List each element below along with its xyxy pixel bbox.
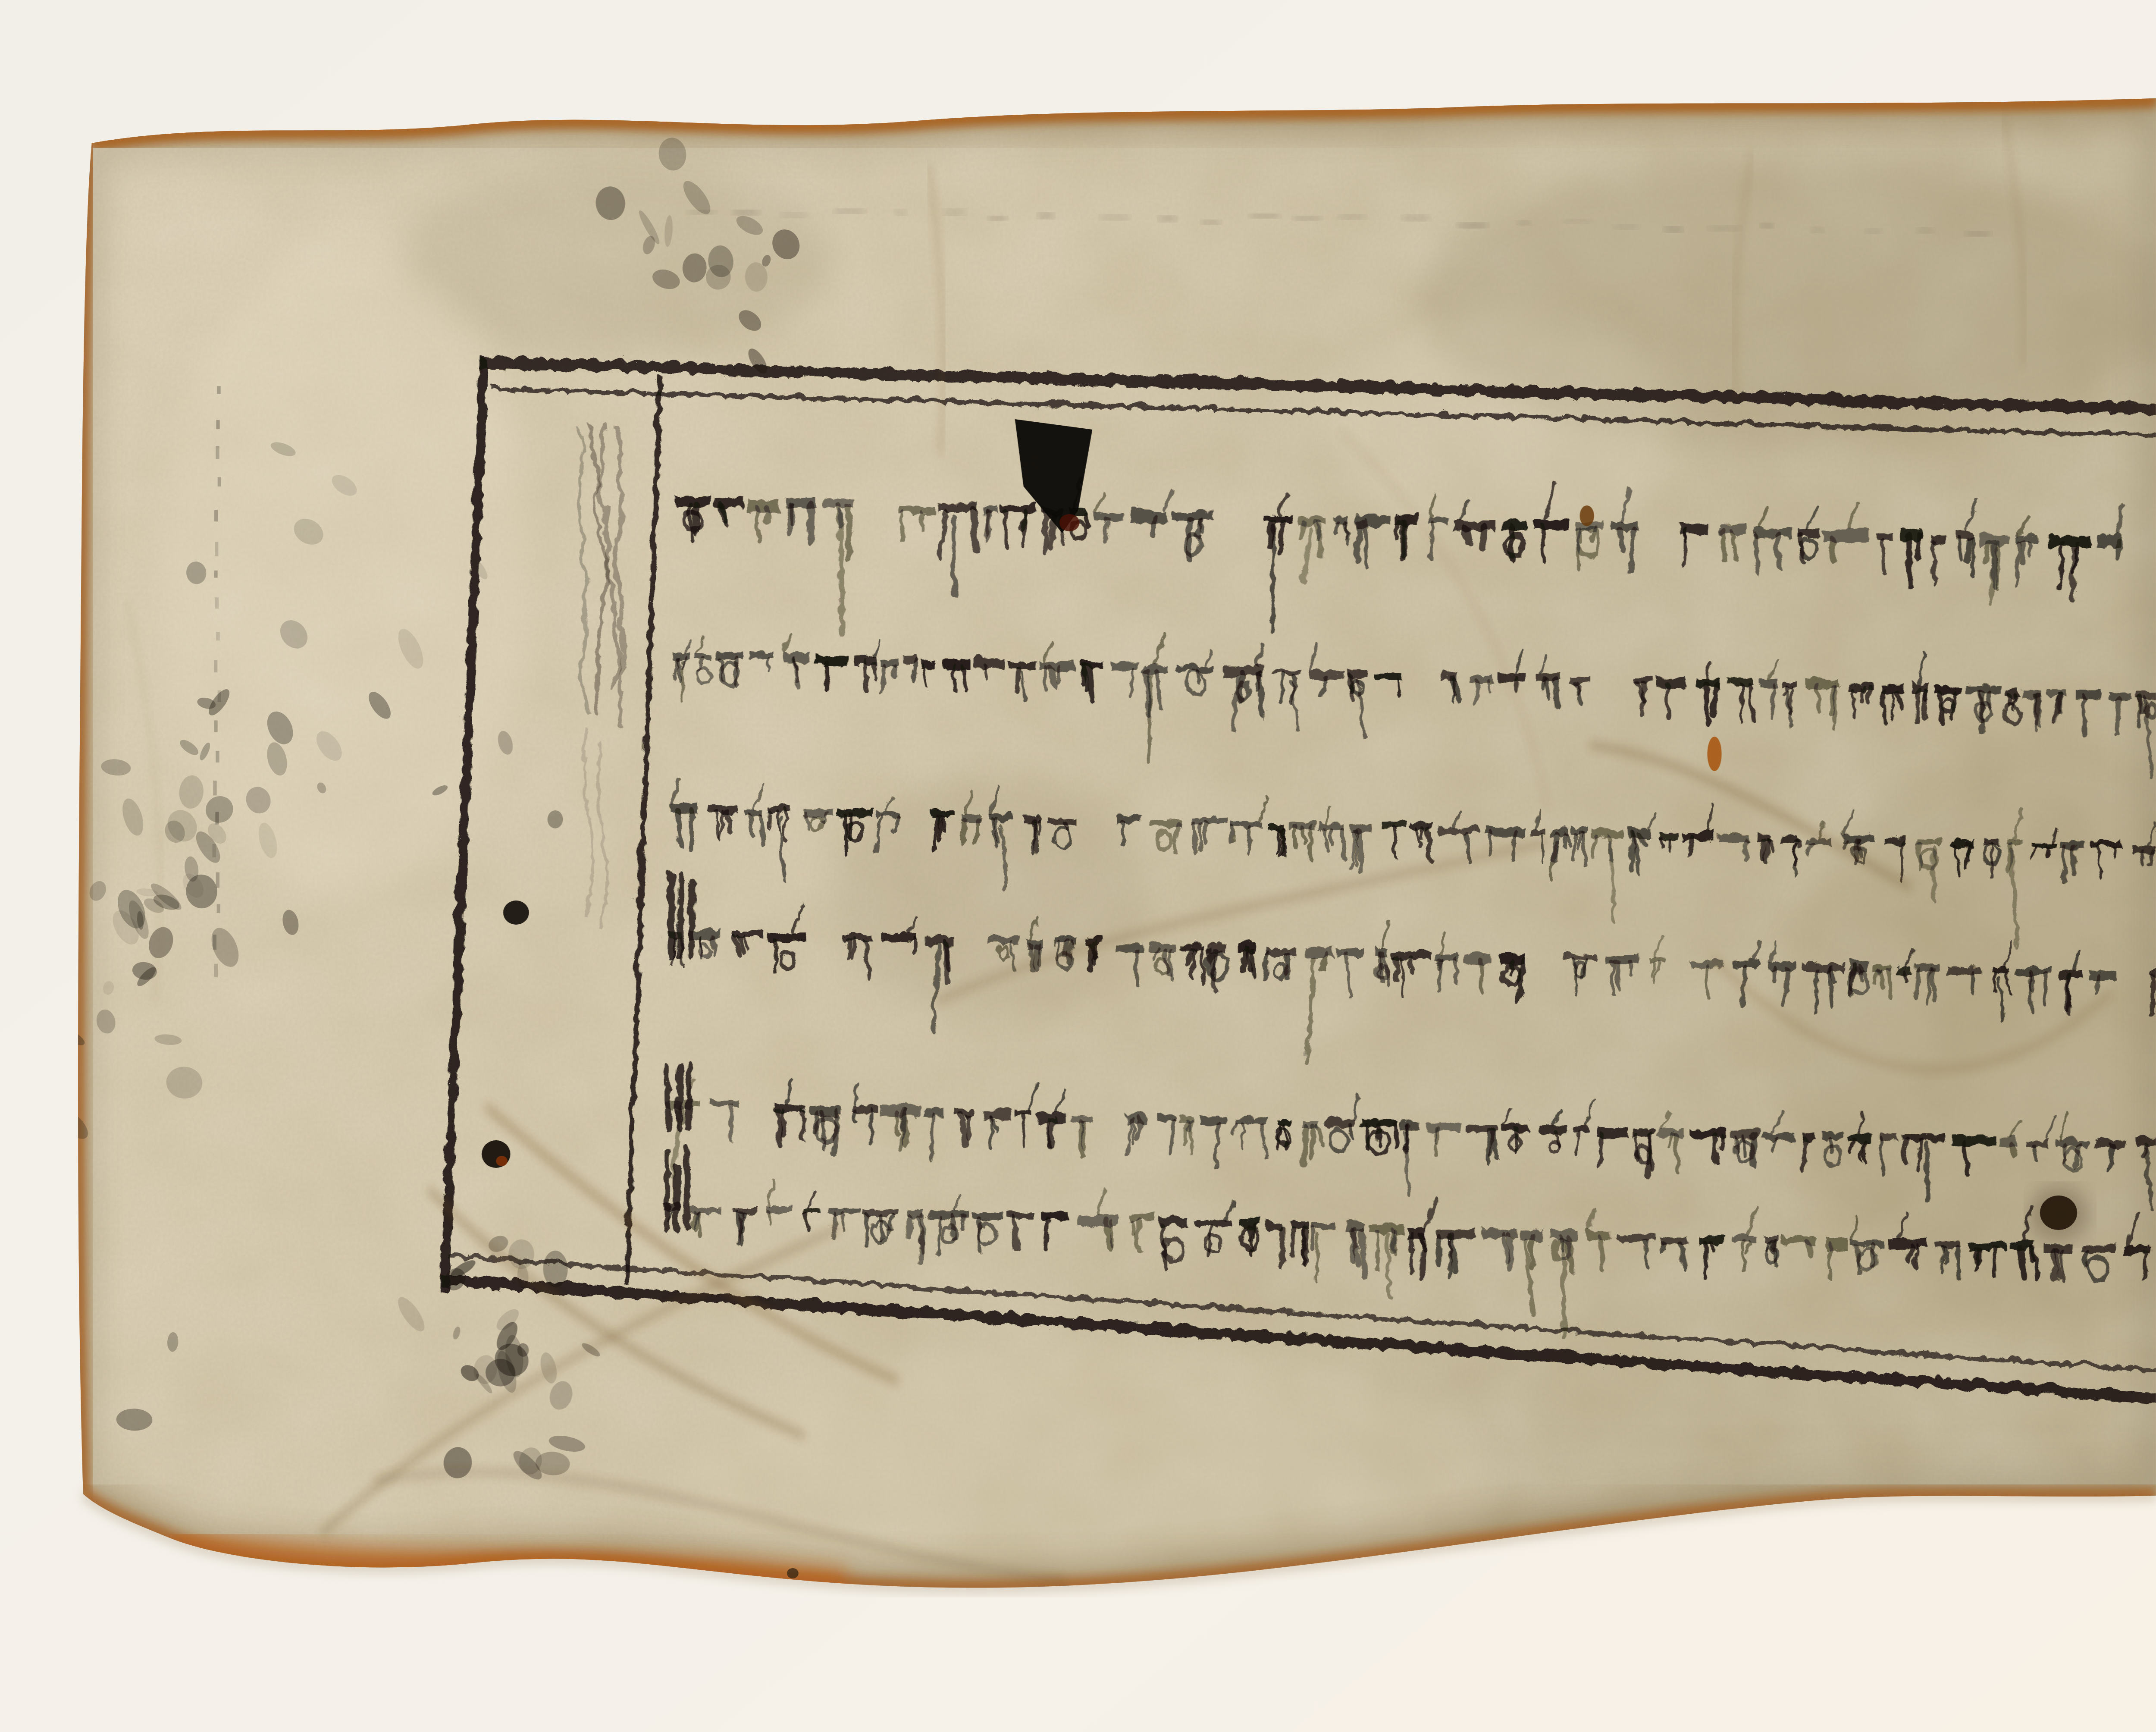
resin-chip [1707, 737, 1721, 771]
lead-tall-glyph [686, 1065, 689, 1125]
ink-blot-top-maroon [1059, 514, 1080, 531]
glyph-cluster [1764, 1234, 1776, 1263]
manuscript-photo [0, 0, 2156, 1732]
lead-tall-glyph [678, 874, 679, 952]
glyph-cluster [1501, 518, 1525, 556]
lead-tall-glyph [684, 1145, 685, 1227]
paper-texture [0, 0, 2156, 1732]
lead-tall-glyph [688, 881, 691, 952]
manuscript-scene [0, 0, 2156, 1732]
resin-spot [1580, 505, 1594, 526]
ink-blot-left-upper [503, 901, 529, 925]
lead-tall-glyph [670, 874, 670, 952]
lead-tall-glyph [665, 1152, 666, 1227]
ink-blot-right-halo [2030, 1187, 2090, 1242]
ink-blot-left-lower-glint [496, 1156, 508, 1166]
lead-tall-glyph [677, 1066, 679, 1125]
lead-tall-glyph [665, 1067, 666, 1125]
lead-tall-glyph [674, 1165, 675, 1227]
